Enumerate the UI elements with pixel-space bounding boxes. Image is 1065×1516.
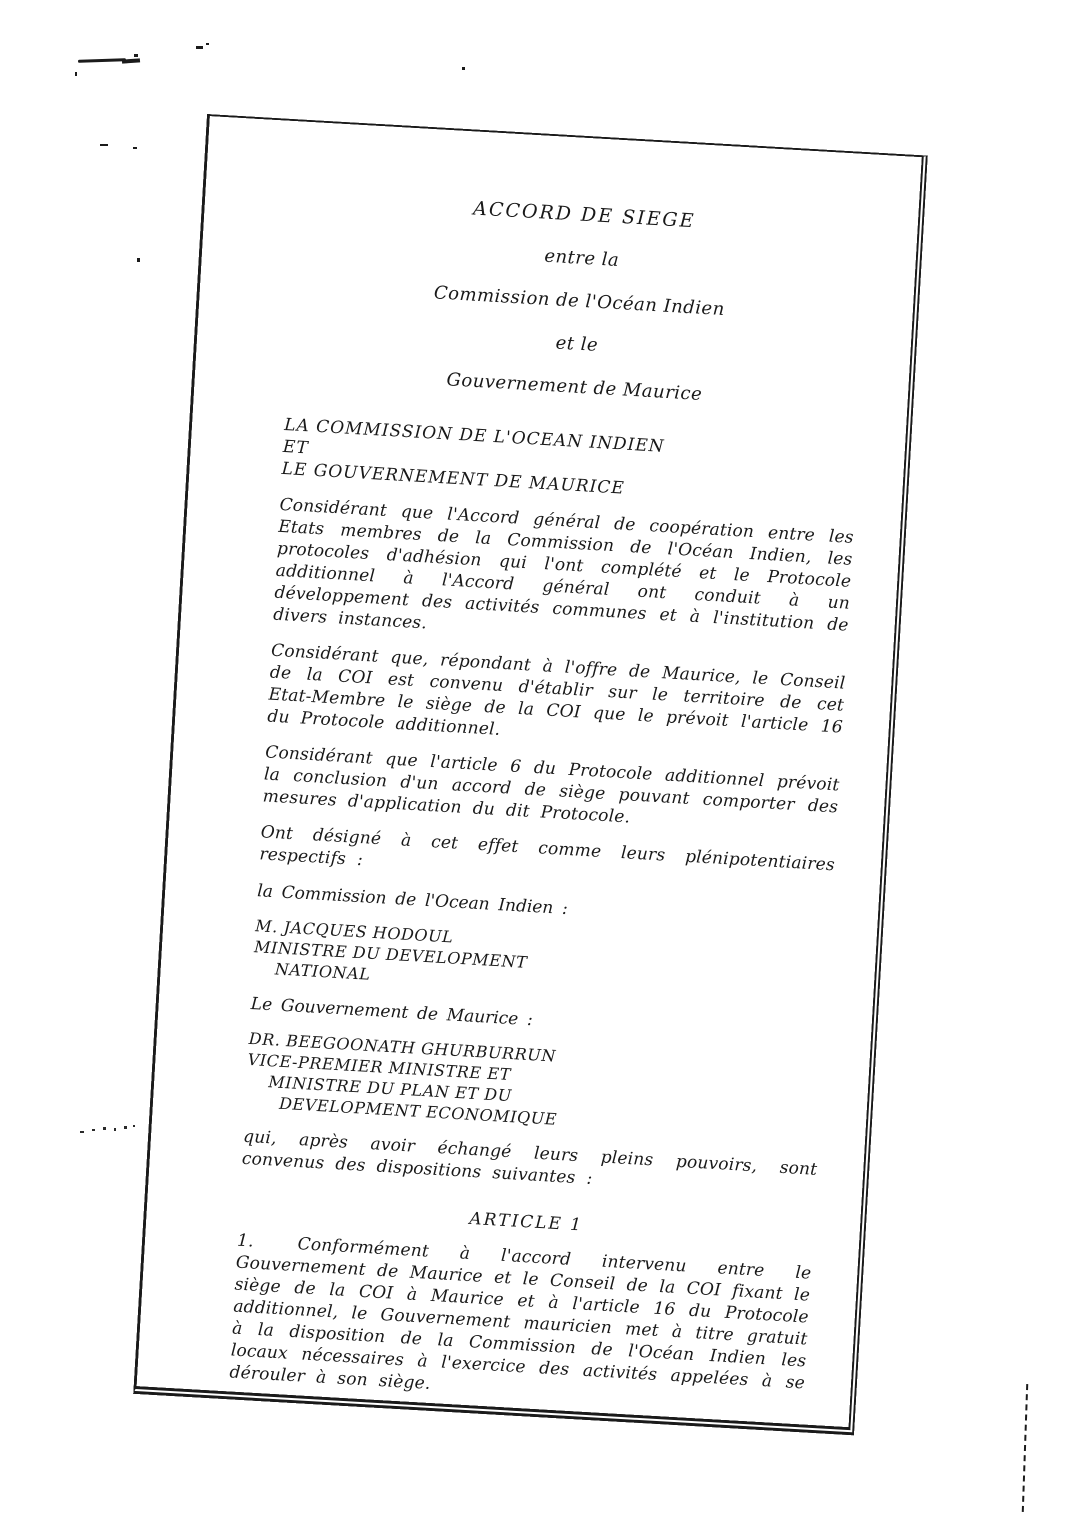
scanned-document-page: ACCORD DE SIEGE entre la Commission de l… [0, 0, 1065, 1516]
scan-speck [462, 67, 465, 70]
scan-speck [133, 147, 137, 149]
recital-paragraph-1: Considérant que l'Accord général de coop… [273, 494, 855, 659]
scan-speck [137, 258, 140, 262]
gov-representative-block: DR. BEEGOONATH GHURBURRUN VICE-PREMIER M… [245, 1028, 824, 1145]
article-1-text: Conformément à l'accord intervenu entre … [229, 1234, 812, 1394]
scan-speck [134, 54, 138, 57]
scan-dashed-edge-line [1022, 1384, 1028, 1512]
scan-speck [100, 144, 108, 146]
scan-speck [75, 72, 77, 76]
article-1-number: 1. [237, 1231, 255, 1252]
recital-paragraph-2: Considérant que, répondant à l'offre de … [267, 640, 846, 761]
coi-representative-block: M. JACQUES HODOUL MINISTRE DU DEVELOPMEN… [252, 915, 830, 1011]
scan-mark-squiggle [78, 58, 126, 63]
article-1-paragraph: 1.Conformément à l'accord intervenu entr… [229, 1230, 812, 1417]
scan-speck [196, 46, 203, 49]
scan-speck [206, 43, 209, 45]
document-border-frame: ACCORD DE SIEGE entre la Commission de l… [133, 114, 928, 1435]
title-block: ACCORD DE SIEGE entre la Commission de l… [286, 177, 872, 425]
scan-mark-squiggle-tail [122, 58, 140, 63]
